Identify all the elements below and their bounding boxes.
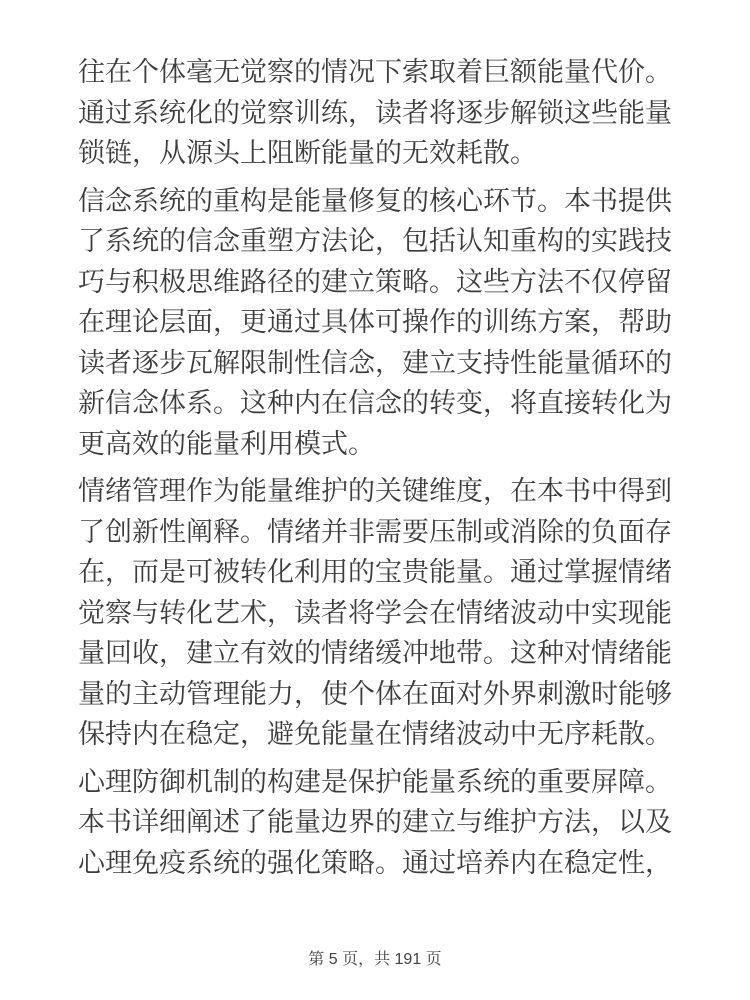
page-text-body: 往在个体毫无觉察的情况下索取着巨额能量代价。 通过系统化的觉察训练，读者将逐步解…	[78, 52, 672, 890]
page-number-indicator: 第 5 页，共 191 页	[0, 950, 750, 970]
paragraph: 情绪管理作为能量维护的关键维度，在本书中得到 了创新性阐释。情绪并非需要压制或消…	[78, 471, 672, 755]
text-line: 量的主动管理能力，使个体在面对外界刺激时能够	[78, 674, 672, 715]
text-line: 在理论层面，更通过具体可操作的训练方案，帮助	[78, 302, 672, 343]
text-line: 量回收，建立有效的情绪缓冲地带。这种对情绪能	[78, 633, 672, 674]
paragraph: 信念系统的重构是能量修复的核心环节。本书提供 了系统的信念重塑方法论，包括认知重…	[78, 181, 672, 465]
text-line: 通过系统化的觉察训练，读者将逐步解锁这些能量	[78, 93, 672, 134]
text-line: 新信念体系。这种内在信念的转变，将直接转化为	[78, 383, 672, 424]
text-line: 锁链，从源头上阻断能量的无效耗散。	[78, 133, 672, 174]
text-line: 信念系统的重构是能量修复的核心环节。本书提供	[78, 181, 672, 222]
text-line: 更高效的能量利用模式。	[78, 424, 672, 465]
text-line: 本书详细阐述了能量边界的建立与维护方法，以及	[78, 802, 672, 843]
text-line: 了系统的信念重塑方法论，包括认知重构的实践技	[78, 221, 672, 262]
document-page: 往在个体毫无觉察的情况下索取着巨额能量代价。 通过系统化的觉察训练，读者将逐步解…	[0, 0, 750, 1000]
text-line: 情绪管理作为能量维护的关键维度，在本书中得到	[78, 471, 672, 512]
text-line: 了创新性阐释。情绪并非需要压制或消除的负面存	[78, 512, 672, 553]
text-line: 觉察与转化艺术，读者将学会在情绪波动中实现能	[78, 593, 672, 634]
text-line: 保持内在稳定，避免能量在情绪波动中无序耗散。	[78, 714, 672, 755]
text-line: 读者逐步瓦解限制性信念，建立支持性能量循环的	[78, 343, 672, 384]
text-line: 在，而是可被转化利用的宝贵能量。通过掌握情绪	[78, 552, 672, 593]
text-line: 巧与积极思维路径的建立策略。这些方法不仅停留	[78, 262, 672, 303]
text-line: 往在个体毫无觉察的情况下索取着巨额能量代价。	[78, 52, 672, 93]
paragraph: 往在个体毫无觉察的情况下索取着巨额能量代价。 通过系统化的觉察训练，读者将逐步解…	[78, 52, 672, 174]
text-line: 心理防御机制的构建是保护能量系统的重要屏障。	[78, 762, 672, 803]
paragraph: 心理防御机制的构建是保护能量系统的重要屏障。 本书详细阐述了能量边界的建立与维护…	[78, 762, 672, 884]
text-line: 心理免疫系统的强化策略。通过培养内在稳定性，	[78, 843, 672, 884]
